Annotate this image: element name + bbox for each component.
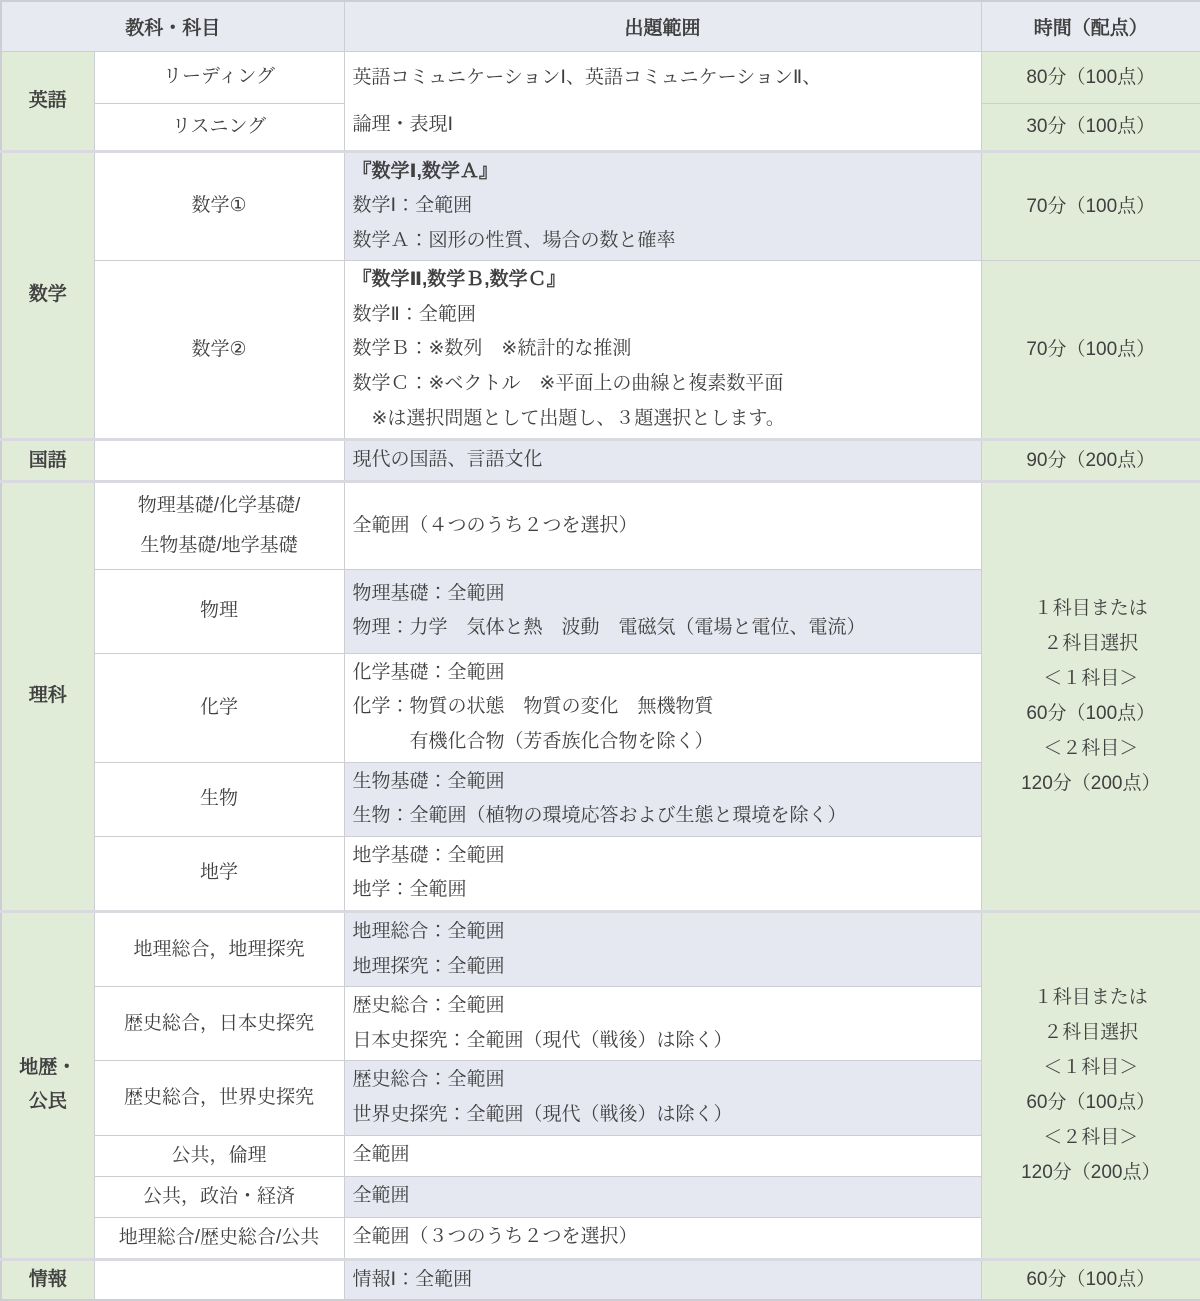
- time-cell-joho: 60分（100点）: [981, 1259, 1200, 1300]
- time-line: ＜２科目＞: [982, 1120, 1200, 1155]
- subject-cell-chireki: 地歴・ 公民: [1, 912, 94, 1260]
- row-rika-kiso: 理科 物理基礎/化学基礎/ 生物基礎/地学基礎 全範囲（４つのうち２つを選択） …: [1, 481, 1200, 569]
- time-value: 60分（100点）: [982, 1262, 1200, 1297]
- scope-line: 全範囲（３つのうち２つを選択）: [353, 1220, 973, 1255]
- time-line: ２科目選択: [982, 1015, 1200, 1050]
- scope-cell-seikei: 全範囲: [344, 1176, 981, 1217]
- scope-cell-sugaku1: 『数学Ⅰ,数学Ａ』 数学Ⅰ：全範囲 数学Ａ：図形の性質、場合の数と確率: [344, 151, 981, 261]
- course-label: 歴史総合，世界史探究: [95, 1078, 344, 1118]
- scope-line: 物理：力学 気体と熱 波動 電磁気（電場と電位、電流）: [353, 611, 973, 646]
- scope-line: 数学Ⅱ：全範囲: [353, 298, 973, 333]
- scope-line: 情報Ⅰ：全範囲: [353, 1263, 973, 1298]
- scope-line: 歴史総合：全範囲: [353, 1063, 973, 1098]
- scope-cell-kagaku: 化学基礎：全範囲 化学：物質の状態 物質の変化 無機物質 有機化合物（芳香族化合…: [344, 653, 981, 762]
- scope-line: 全範囲（４つのうち２つを選択）: [353, 509, 973, 544]
- scope-line: 論理・表現Ⅰ: [353, 101, 973, 148]
- row-sugaku-1: 数学 数学① 『数学Ⅰ,数学Ａ』 数学Ⅰ：全範囲 数学Ａ：図形の性質、場合の数と…: [1, 151, 1200, 261]
- row-eigo-reading: 英語 リーディング 英語コミュニケーションⅠ、英語コミュニケーションⅡ、 論理・…: [1, 51, 1200, 104]
- scope-line: 歴史総合：全範囲: [353, 989, 973, 1024]
- exam-subjects-table: 教科・科目 出題範囲 時間（配点） 英語 リーディング 英語コミュニケーションⅠ…: [0, 0, 1200, 1301]
- time-line: 120分（200点）: [982, 1155, 1200, 1190]
- scope-line: 化学基礎：全範囲: [353, 656, 973, 691]
- scope-line: 現代の国語、言語文化: [353, 443, 973, 478]
- scope-line: 全範囲: [353, 1179, 973, 1214]
- time-value: 80分（100点）: [982, 60, 1200, 95]
- time-line: 60分（100点）: [982, 696, 1200, 731]
- scope-cell-joho: 情報Ⅰ：全範囲: [344, 1259, 981, 1300]
- scope-line: 数学Ａ：図形の性質、場合の数と確率: [353, 224, 973, 259]
- course-label: 数学①: [95, 186, 344, 226]
- scope-line: 有機化合物（芳香族化合物を除く）: [353, 725, 973, 760]
- scope-line: 世界史探究：全範囲（現代（戦後）は除く）: [353, 1098, 973, 1133]
- course-label: 地学: [95, 853, 344, 893]
- course-cell-kagaku: 化学: [94, 653, 344, 762]
- time-cell-chireki: １科目または ２科目選択 ＜１科目＞ 60分（100点） ＜２科目＞ 120分（…: [981, 912, 1200, 1260]
- course-label: 化学: [95, 688, 344, 728]
- course-cell-butsuri: 物理: [94, 569, 344, 653]
- time-value: 30分（100点）: [982, 109, 1200, 144]
- time-line: １科目または: [982, 591, 1200, 626]
- scope-cell-chiri: 地理総合：全範囲 地理探究：全範囲: [344, 912, 981, 987]
- header-time: 時間（配点）: [981, 1, 1200, 51]
- scope-line: 数学Ｃ：※ベクトル ※平面上の曲線と複素数平面: [353, 367, 973, 402]
- scope-line: 地学基礎：全範囲: [353, 839, 973, 874]
- course-label: 地理総合，地理探究: [95, 930, 344, 970]
- course-cell-rinri: 公共，倫理: [94, 1135, 344, 1176]
- subject-label: 公民: [2, 1085, 94, 1119]
- row-chiri: 地歴・ 公民 地理総合，地理探究 地理総合：全範囲 地理探究：全範囲 １科目また…: [1, 912, 1200, 987]
- time-line: ＜２科目＞: [982, 731, 1200, 766]
- course-cell-nihonshi: 歴史総合，日本史探究: [94, 987, 344, 1061]
- course-cell-chigaku: 地学: [94, 836, 344, 911]
- scope-cell-sugaku2: 『数学Ⅱ,数学Ｂ,数学Ｃ』 数学Ⅱ：全範囲 数学Ｂ：※数列 ※統計的な推測 数学…: [344, 261, 981, 440]
- scope-cell-chigaku: 地学基礎：全範囲 地学：全範囲: [344, 836, 981, 911]
- scope-cell-butsuri: 物理基礎：全範囲 物理：力学 気体と熱 波動 電磁気（電場と電位、電流）: [344, 569, 981, 653]
- scope-line: 数学Ｂ：※数列 ※統計的な推測: [353, 332, 973, 367]
- course-label: 公共，政治・経済: [95, 1177, 344, 1217]
- time-cell-sugaku2: 70分（100点）: [981, 261, 1200, 440]
- time-cell-listening: 30分（100点）: [981, 104, 1200, 151]
- course-label: 物理基礎/化学基礎/: [95, 486, 344, 526]
- time-line: 120分（200点）: [982, 766, 1200, 801]
- scope-cell-rika-kiso: 全範囲（４つのうち２つを選択）: [344, 481, 981, 569]
- time-cell-kokugo: 90分（200点）: [981, 440, 1200, 482]
- scope-line: 日本史探究：全範囲（現代（戦後）は除く）: [353, 1024, 973, 1059]
- time-line: ＜１科目＞: [982, 1050, 1200, 1085]
- scope-title: 『数学Ⅰ,数学Ａ』: [353, 155, 973, 190]
- scope-line: 英語コミュニケーションⅠ、英語コミュニケーションⅡ、: [353, 54, 973, 101]
- time-cell-sugaku1: 70分（100点）: [981, 151, 1200, 261]
- course-label: 地理総合/歴史総合/公共: [95, 1218, 344, 1258]
- scope-cell-sougou: 全範囲（３つのうち２つを選択）: [344, 1217, 981, 1259]
- scope-line: 化学：物質の状態 物質の変化 無機物質: [353, 690, 973, 725]
- time-line: ＜１科目＞: [982, 661, 1200, 696]
- course-cell-seikei: 公共，政治・経済: [94, 1176, 344, 1217]
- scope-line: 数学Ⅰ：全範囲: [353, 189, 973, 224]
- course-label: 生物: [95, 779, 344, 819]
- time-value: 70分（100点）: [982, 332, 1200, 367]
- scope-line: 地理総合：全範囲: [353, 915, 973, 950]
- course-cell-reading: リーディング: [94, 51, 344, 104]
- time-line: １科目または: [982, 980, 1200, 1015]
- course-cell-chiri: 地理総合，地理探究: [94, 912, 344, 987]
- time-cell-reading: 80分（100点）: [981, 51, 1200, 104]
- course-cell-sougou: 地理総合/歴史総合/公共: [94, 1217, 344, 1259]
- header-scope: 出題範囲: [344, 1, 981, 51]
- time-value: 90分（200点）: [982, 443, 1200, 478]
- course-cell-sugaku1: 数学①: [94, 151, 344, 261]
- subject-label: 国語: [2, 444, 94, 478]
- scope-line: 全範囲: [353, 1138, 973, 1173]
- scope-title: 『数学Ⅱ,数学Ｂ,数学Ｃ』: [353, 263, 973, 298]
- time-line: ２科目選択: [982, 626, 1200, 661]
- course-label: 歴史総合，日本史探究: [95, 1004, 344, 1044]
- course-label: 物理: [95, 591, 344, 631]
- subject-label: 理科: [2, 679, 94, 713]
- row-kokugo: 国語 現代の国語、言語文化 90分（200点）: [1, 440, 1200, 482]
- row-sugaku-2: 数学② 『数学Ⅱ,数学Ｂ,数学Ｃ』 数学Ⅱ：全範囲 数学Ｂ：※数列 ※統計的な推…: [1, 261, 1200, 440]
- row-joho: 情報 情報Ⅰ：全範囲 60分（100点）: [1, 1259, 1200, 1300]
- subject-cell-eigo: 英語: [1, 51, 94, 151]
- subject-cell-sugaku: 数学: [1, 151, 94, 440]
- scope-cell-rinri: 全範囲: [344, 1135, 981, 1176]
- scope-cell-seibutsu: 生物基礎：全範囲 生物：全範囲（植物の環境応答および生態と環境を除く）: [344, 762, 981, 836]
- time-line: 60分（100点）: [982, 1085, 1200, 1120]
- scope-line: ※は選択問題として出題し、３題選択とします。: [353, 402, 973, 437]
- course-label: 数学②: [95, 330, 344, 370]
- scope-line: 物理基礎：全範囲: [353, 577, 973, 612]
- subject-label: 英語: [2, 84, 94, 118]
- course-label: リスニング: [95, 107, 344, 147]
- header-row: 教科・科目 出題範囲 時間（配点）: [1, 1, 1200, 51]
- subject-label: 地歴・: [2, 1051, 94, 1085]
- course-cell-sekaishi: 歴史総合，世界史探究: [94, 1061, 344, 1135]
- course-cell-sugaku2: 数学②: [94, 261, 344, 440]
- subject-label: 数学: [2, 278, 94, 312]
- subject-cell-joho: 情報: [1, 1259, 94, 1300]
- course-cell-listening: リスニング: [94, 104, 344, 151]
- scope-cell-eigo: 英語コミュニケーションⅠ、英語コミュニケーションⅡ、 論理・表現Ⅰ: [344, 51, 981, 151]
- scope-line: 生物：全範囲（植物の環境応答および生態と環境を除く）: [353, 799, 973, 834]
- subject-label: 情報: [2, 1263, 94, 1297]
- scope-cell-nihonshi: 歴史総合：全範囲 日本史探究：全範囲（現代（戦後）は除く）: [344, 987, 981, 1061]
- scope-cell-kokugo: 現代の国語、言語文化: [344, 440, 981, 482]
- scope-line: 地学：全範囲: [353, 873, 973, 908]
- scope-cell-sekaishi: 歴史総合：全範囲 世界史探究：全範囲（現代（戦後）は除く）: [344, 1061, 981, 1135]
- course-cell-seibutsu: 生物: [94, 762, 344, 836]
- course-cell-empty-kokugo: [94, 440, 344, 482]
- subject-cell-rika: 理科: [1, 481, 94, 911]
- time-value: 70分（100点）: [982, 189, 1200, 224]
- course-label: 公共，倫理: [95, 1136, 344, 1176]
- scope-line: 生物基礎：全範囲: [353, 765, 973, 800]
- exam-subjects-page: 教科・科目 出題範囲 時間（配点） 英語 リーディング 英語コミュニケーションⅠ…: [0, 0, 1200, 1301]
- subject-cell-kokugo: 国語: [1, 440, 94, 482]
- header-subject: 教科・科目: [1, 1, 344, 51]
- time-cell-rika: １科目または ２科目選択 ＜１科目＞ 60分（100点） ＜２科目＞ 120分（…: [981, 481, 1200, 911]
- course-label: 生物基礎/地学基礎: [95, 526, 344, 566]
- course-label: リーディング: [95, 57, 344, 97]
- course-cell-empty-joho: [94, 1259, 344, 1300]
- course-cell-rika-kiso: 物理基礎/化学基礎/ 生物基礎/地学基礎: [94, 481, 344, 569]
- scope-line: 地理探究：全範囲: [353, 950, 973, 985]
